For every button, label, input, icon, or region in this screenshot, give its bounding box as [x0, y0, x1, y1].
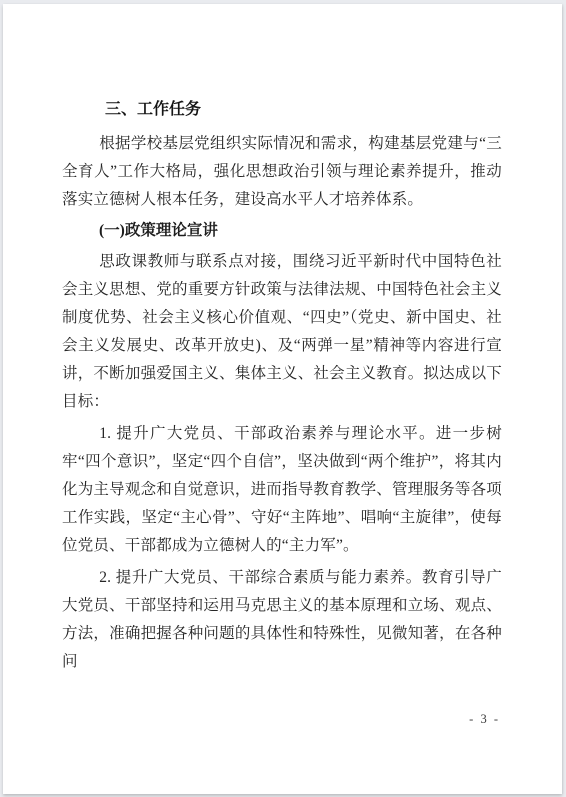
subsection-heading-policy-theory: (一)政策理论宣讲 — [62, 217, 502, 245]
paragraph-goal-2: 2. 提升广大党员、干部综合素质与能力素养。教育引导广大党员、干部坚持和运用马克… — [62, 564, 502, 676]
paragraph-intro: 根据学校基层党组织实际情况和需求，构建基层党建与“三全育人”工作大格局，强化思想… — [62, 130, 502, 214]
section-heading-work-tasks: 三、工作任务 — [62, 96, 502, 124]
paragraph-policy-theory: 思政课教师与联系点对接，围绕习近平新时代中国特色社会主义思想、党的重要方针政策与… — [62, 248, 502, 416]
viewer-background: { "document": { "heading1": "三、工作任务", "i… — [0, 0, 566, 797]
document-page: 三、工作任务 根据学校基层党组织实际情况和需求，构建基层党建与“三全育人”工作大… — [3, 4, 562, 794]
page-number: - 3 - — [469, 710, 500, 728]
paragraph-goal-1: 1. 提升广大党员、干部政治素养与理论水平。进一步树牢“四个意识”，坚定“四个自… — [62, 420, 502, 560]
